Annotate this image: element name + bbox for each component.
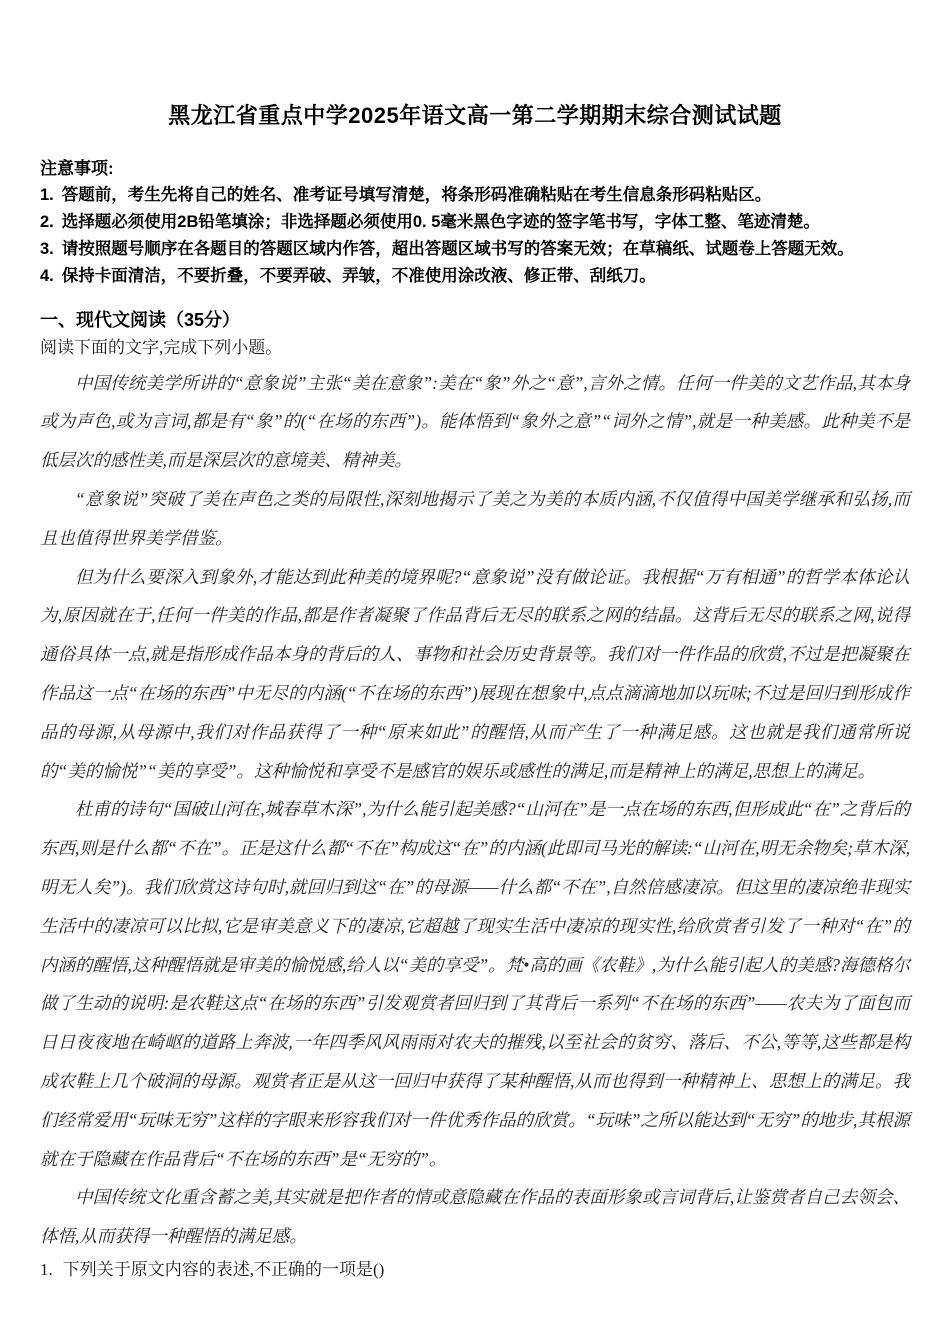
notice-item-text: 保持卡面清洁，不要折叠，不要弄破、弄皱，不准使用涂改液、修正带、刮纸刀。 [62,267,656,285]
reading-paragraph: 中国传统美学所讲的“意象说”主张“美在意象”:美在“象”外之“意”,言外之情。任… [40,364,910,480]
reading-paragraph: “意象说”突破了美在声色之类的局限性,深刻地揭示了美之为美的本质内涵,不仅值得中… [40,480,910,558]
page-title: 黑龙江省重点中学2025年语文高一第二学期期末综合测试试题 [40,102,910,131]
notice-item-text: 请按照题号顺序在各题目的答题区域内作答，超出答题区域书写的答案无效；在草稿纸、试… [62,240,854,258]
reading-passage: 中国传统美学所讲的“意象说”主张“美在意象”:美在“象”外之“意”,言外之情。任… [40,364,910,1256]
notice-item: 4.保持卡面清洁，不要折叠，不要弄破、弄皱，不准使用涂改液、修正带、刮纸刀。 [40,263,910,290]
notice-item: 2.选择题必须使用2B铅笔填涂；非选择题必须使用0. 5毫米黑色字迹的签字笔书写… [40,209,910,236]
notice-item-text: 答题前，考生先将自己的姓名、准考证号填写清楚，将条形码准确粘贴在考生信息条形码粘… [62,186,772,204]
question-line: 1.下列关于原文内容的表述,不正确的一项是() [40,1256,910,1283]
notice-item-text: 选择题必须使用2B铅笔填涂；非选择题必须使用0. 5毫米黑色字迹的签字笔书写，字… [62,213,820,231]
notice-item-number: 4. [40,267,54,285]
notice-item-number: 2. [40,213,54,231]
question-number: 1. [40,1260,53,1279]
notice-item: 1.答题前，考生先将自己的姓名、准考证号填写清楚，将条形码准确粘贴在考生信息条形… [40,182,910,209]
notice-item: 3.请按照题号顺序在各题目的答题区域内作答，超出答题区域书写的答案无效；在草稿纸… [40,236,910,263]
reading-paragraph: 中国传统文化重含蓄之美,其实就是把作者的情或意隐藏在作品的表面形象或言词背后,让… [40,1178,910,1256]
reading-intro: 阅读下面的文字,完成下列小题。 [40,334,910,361]
notice-list: 1.答题前，考生先将自己的姓名、准考证号填写清楚，将条形码准确粘贴在考生信息条形… [40,182,910,290]
notice-item-number: 1. [40,186,54,204]
reading-paragraph: 杜甫的诗句“国破山河在,城春草木深”,为什么能引起美感?“山河在”是一点在场的东… [40,790,910,1178]
exam-paper-page: 黑龙江省重点中学2025年语文高一第二学期期末综合测试试题 注意事项: 1.答题… [0,0,950,1344]
question-text: 下列关于原文内容的表述,不正确的一项是() [63,1260,385,1279]
section-heading-modern-reading: 一、现代文阅读（35分） [40,307,910,334]
notice-item-number: 3. [40,240,54,258]
notice-heading: 注意事项: [40,155,910,182]
reading-paragraph: 但为什么要深入到象外,才能达到此种美的境界呢?“意象说”没有做论证。我根据“万有… [40,558,910,791]
